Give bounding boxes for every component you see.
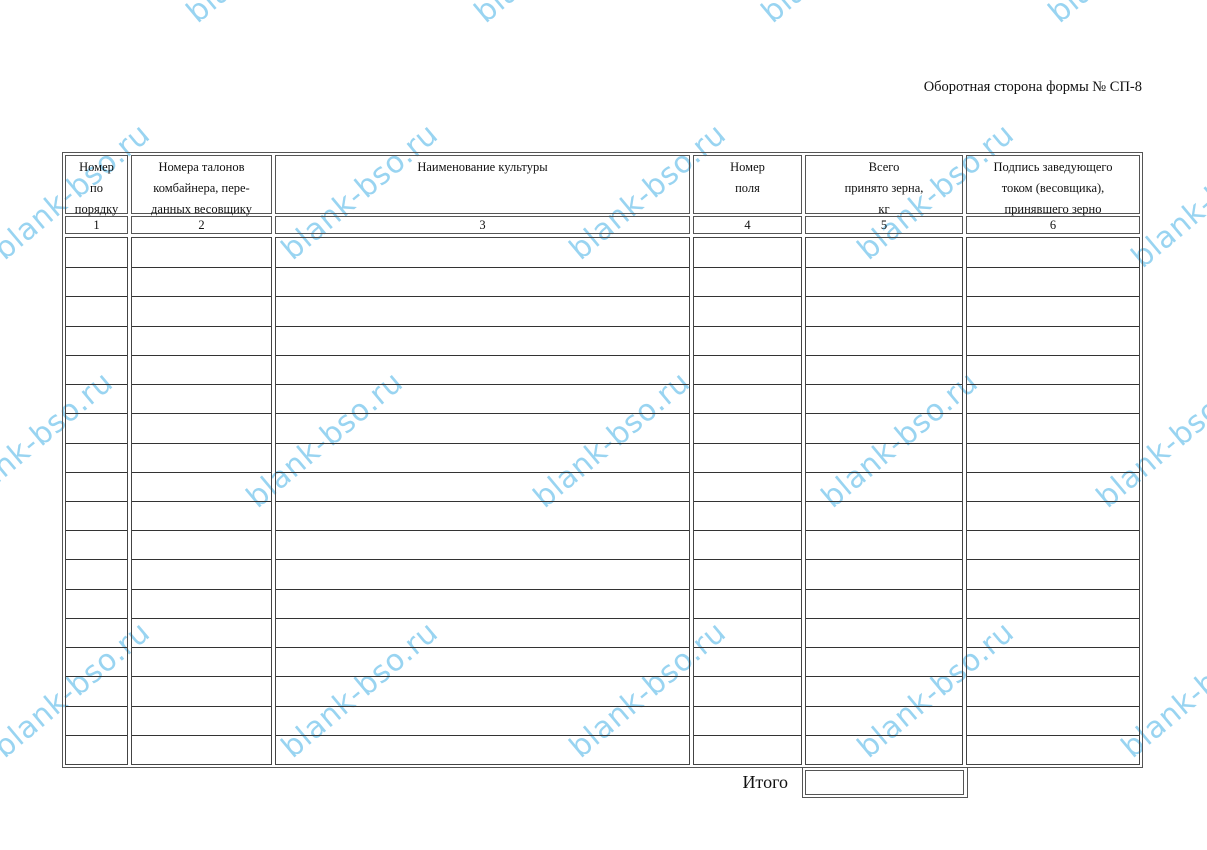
row-divider (276, 618, 689, 619)
table-cell[interactable] (967, 267, 1139, 296)
table-cell[interactable] (806, 647, 962, 676)
row-divider (132, 618, 271, 619)
table-cell[interactable] (967, 413, 1139, 442)
table-cell[interactable] (132, 326, 271, 355)
row-divider (806, 735, 962, 736)
table-cell[interactable] (276, 647, 689, 676)
row-divider (694, 472, 801, 473)
row-divider (276, 676, 689, 677)
table-cell[interactable] (276, 706, 689, 735)
table-cell[interactable] (276, 530, 689, 559)
row-divider (694, 443, 801, 444)
row-divider (276, 735, 689, 736)
table-cell[interactable] (66, 530, 127, 559)
form-caption: Оборотная сторона формы № СП-8 (880, 79, 1142, 96)
row-divider (276, 443, 689, 444)
table-cell[interactable] (66, 238, 127, 267)
row-divider (694, 530, 801, 531)
table-cell[interactable] (276, 413, 689, 442)
row-divider (694, 618, 801, 619)
row-divider (967, 559, 1139, 560)
table-cell[interactable] (967, 443, 1139, 472)
row-divider (276, 384, 689, 385)
table-cell[interactable] (694, 676, 801, 705)
table-cell[interactable] (132, 589, 271, 618)
table-cell[interactable] (276, 326, 689, 355)
table-cell[interactable] (694, 472, 801, 501)
table-cell[interactable] (967, 589, 1139, 618)
row-divider (806, 501, 962, 502)
table-cell[interactable] (132, 413, 271, 442)
table-cell[interactable] (66, 676, 127, 705)
row-divider (694, 706, 801, 707)
column-number-col-grain-total: 5 (805, 216, 963, 234)
row-divider (276, 559, 689, 560)
header-col-field: Номер поля (693, 155, 802, 214)
row-divider (132, 472, 271, 473)
row-divider (694, 267, 801, 268)
row-divider (967, 267, 1139, 268)
table-cell[interactable] (132, 676, 271, 705)
table-cell[interactable] (276, 676, 689, 705)
row-divider (66, 326, 127, 327)
table-cell[interactable] (967, 472, 1139, 501)
table-cell[interactable] (132, 501, 271, 530)
row-divider (66, 384, 127, 385)
table-cell[interactable] (66, 384, 127, 413)
table-cell[interactable] (967, 384, 1139, 413)
table-cell[interactable] (694, 735, 801, 764)
row-divider (967, 706, 1139, 707)
row-divider (66, 589, 127, 590)
table-cell[interactable] (806, 706, 962, 735)
table-cell[interactable] (694, 706, 801, 735)
header-col-grain-total: Всего принято зерна, кг (805, 155, 963, 214)
row-divider (694, 326, 801, 327)
row-divider (806, 530, 962, 531)
row-divider (806, 706, 962, 707)
table-cell[interactable] (967, 296, 1139, 325)
row-divider (967, 384, 1139, 385)
table-cell[interactable] (806, 296, 962, 325)
header-col-number: Номер по порядку (65, 155, 128, 214)
row-divider (694, 413, 801, 414)
row-divider (66, 647, 127, 648)
table-cell[interactable] (806, 589, 962, 618)
table-cell[interactable] (132, 706, 271, 735)
row-divider (806, 326, 962, 327)
row-divider (276, 706, 689, 707)
table-cell[interactable] (276, 472, 689, 501)
table-cell[interactable] (806, 413, 962, 442)
body-col-signature (966, 237, 1140, 765)
column-number-col-field: 4 (693, 216, 802, 234)
table-cell[interactable] (132, 238, 271, 267)
table-cell[interactable] (132, 735, 271, 764)
table-cell[interactable] (806, 530, 962, 559)
table-cell[interactable] (967, 530, 1139, 559)
row-divider (276, 530, 689, 531)
table-cell[interactable] (967, 355, 1139, 384)
body-col-field (693, 237, 802, 765)
table-cell[interactable] (694, 647, 801, 676)
body-col-crop (275, 237, 690, 765)
row-divider (806, 676, 962, 677)
row-divider (806, 384, 962, 385)
row-divider (132, 413, 271, 414)
table-cell[interactable] (694, 559, 801, 588)
row-divider (132, 559, 271, 560)
table-cell[interactable] (694, 589, 801, 618)
row-divider (967, 355, 1139, 356)
row-divider (132, 443, 271, 444)
table-cell[interactable] (66, 559, 127, 588)
row-divider (276, 413, 689, 414)
row-divider (694, 296, 801, 297)
row-divider (66, 355, 127, 356)
table-cell[interactable] (276, 296, 689, 325)
row-divider (66, 559, 127, 560)
table-cell[interactable] (694, 618, 801, 647)
header-col-talons: Номера талонов комбайнера, пере- данных … (131, 155, 272, 214)
table-cell[interactable] (967, 501, 1139, 530)
row-divider (967, 296, 1139, 297)
row-divider (694, 384, 801, 385)
row-divider (66, 443, 127, 444)
row-divider (967, 618, 1139, 619)
table-cell[interactable] (132, 618, 271, 647)
table-cell[interactable] (967, 676, 1139, 705)
row-divider (806, 443, 962, 444)
column-number-col-number: 1 (65, 216, 128, 234)
table-cell[interactable] (276, 589, 689, 618)
table-cell[interactable] (694, 238, 801, 267)
row-divider (276, 326, 689, 327)
table-cell[interactable] (694, 384, 801, 413)
body-col-talons (131, 237, 272, 765)
table-cell[interactable] (276, 443, 689, 472)
table-cell[interactable] (132, 530, 271, 559)
row-divider (66, 530, 127, 531)
table-cell[interactable] (132, 443, 271, 472)
row-divider (694, 559, 801, 560)
column-number-col-signature: 6 (966, 216, 1140, 234)
table-cell[interactable] (276, 618, 689, 647)
row-divider (806, 618, 962, 619)
table-cell[interactable] (66, 501, 127, 530)
table-cell[interactable] (694, 267, 801, 296)
row-divider (66, 501, 127, 502)
row-divider (132, 735, 271, 736)
table-cell[interactable] (276, 355, 689, 384)
row-divider (132, 267, 271, 268)
table-cell[interactable] (132, 296, 271, 325)
table-cell[interactable] (806, 735, 962, 764)
row-divider (276, 267, 689, 268)
row-divider (694, 355, 801, 356)
row-divider (806, 355, 962, 356)
row-divider (66, 472, 127, 473)
header-col-signature: Подпись заведующего током (весовщика), п… (966, 155, 1140, 214)
row-divider (132, 326, 271, 327)
table-cell[interactable] (806, 326, 962, 355)
table-cell[interactable] (694, 443, 801, 472)
table-cell[interactable] (66, 735, 127, 764)
row-divider (967, 530, 1139, 531)
row-divider (66, 267, 127, 268)
table-cell[interactable] (66, 589, 127, 618)
table-cell[interactable] (967, 326, 1139, 355)
table-cell[interactable] (694, 413, 801, 442)
row-divider (132, 296, 271, 297)
row-divider (66, 735, 127, 736)
row-divider (806, 559, 962, 560)
table-cell[interactable] (967, 706, 1139, 735)
body-col-grain-total (805, 237, 963, 765)
row-divider (806, 413, 962, 414)
table-cell[interactable] (66, 413, 127, 442)
table-cell[interactable] (276, 501, 689, 530)
row-divider (694, 589, 801, 590)
table-cell[interactable] (132, 559, 271, 588)
watermark-text: blank-bso.ru (468, 0, 638, 30)
row-divider (967, 589, 1139, 590)
table-cell[interactable] (276, 267, 689, 296)
row-divider (694, 647, 801, 648)
row-divider (276, 472, 689, 473)
row-divider (806, 472, 962, 473)
row-divider (132, 355, 271, 356)
table-cell[interactable] (694, 530, 801, 559)
row-divider (967, 443, 1139, 444)
table-cell[interactable] (132, 472, 271, 501)
table-cell[interactable] (132, 647, 271, 676)
row-divider (694, 735, 801, 736)
watermark-text: blank-bso.ru (180, 0, 350, 30)
row-divider (132, 501, 271, 502)
row-divider (276, 501, 689, 502)
total-value-field[interactable] (805, 770, 964, 795)
table-cell[interactable] (967, 618, 1139, 647)
table-cell[interactable] (694, 296, 801, 325)
table-cell[interactable] (694, 501, 801, 530)
table-cell[interactable] (806, 501, 962, 530)
row-divider (967, 472, 1139, 473)
row-divider (694, 676, 801, 677)
table-cell[interactable] (806, 618, 962, 647)
table-cell[interactable] (66, 296, 127, 325)
row-divider (66, 706, 127, 707)
row-divider (806, 589, 962, 590)
table-cell[interactable] (806, 472, 962, 501)
table-cell[interactable] (967, 647, 1139, 676)
body-col-number (65, 237, 128, 765)
table-cell[interactable] (132, 355, 271, 384)
row-divider (276, 589, 689, 590)
row-divider (967, 326, 1139, 327)
row-divider (806, 296, 962, 297)
table-cell[interactable] (66, 443, 127, 472)
table-cell[interactable] (806, 238, 962, 267)
table-cell[interactable] (806, 559, 962, 588)
row-divider (967, 647, 1139, 648)
total-label: Итого (700, 772, 788, 793)
row-divider (132, 647, 271, 648)
row-divider (967, 735, 1139, 736)
row-divider (132, 706, 271, 707)
table-cell[interactable] (66, 355, 127, 384)
column-number-col-talons: 2 (131, 216, 272, 234)
table-cell[interactable] (694, 326, 801, 355)
table-cell[interactable] (806, 355, 962, 384)
table-cell[interactable] (806, 384, 962, 413)
row-divider (276, 647, 689, 648)
row-divider (276, 355, 689, 356)
row-divider (66, 618, 127, 619)
table-cell[interactable] (66, 326, 127, 355)
watermark-text: blank-bso.ru (1042, 0, 1207, 30)
table-cell[interactable] (132, 267, 271, 296)
table-cell[interactable] (967, 238, 1139, 267)
row-divider (967, 413, 1139, 414)
table-cell[interactable] (806, 267, 962, 296)
table-cell[interactable] (66, 472, 127, 501)
row-divider (967, 676, 1139, 677)
row-divider (967, 501, 1139, 502)
row-divider (66, 296, 127, 297)
table-cell[interactable] (967, 559, 1139, 588)
table-cell[interactable] (806, 443, 962, 472)
table-cell[interactable] (967, 735, 1139, 764)
table-cell[interactable] (66, 706, 127, 735)
table-cell[interactable] (806, 676, 962, 705)
table-cell[interactable] (276, 238, 689, 267)
row-divider (66, 676, 127, 677)
watermark-text: blank-bso.ru (755, 0, 925, 30)
row-divider (132, 676, 271, 677)
row-divider (132, 589, 271, 590)
row-divider (132, 384, 271, 385)
table-cell[interactable] (276, 559, 689, 588)
header-col-crop: Наименование культуры (275, 155, 690, 214)
table-cell[interactable] (276, 384, 689, 413)
row-divider (66, 413, 127, 414)
table-cell[interactable] (694, 355, 801, 384)
column-number-col-crop: 3 (275, 216, 690, 234)
row-divider (276, 296, 689, 297)
table-cell[interactable] (276, 735, 689, 764)
table-cell[interactable] (132, 384, 271, 413)
row-divider (694, 501, 801, 502)
table-cell[interactable] (66, 647, 127, 676)
row-divider (806, 647, 962, 648)
row-divider (806, 267, 962, 268)
row-divider (132, 530, 271, 531)
table-cell[interactable] (66, 618, 127, 647)
table-cell[interactable] (66, 267, 127, 296)
